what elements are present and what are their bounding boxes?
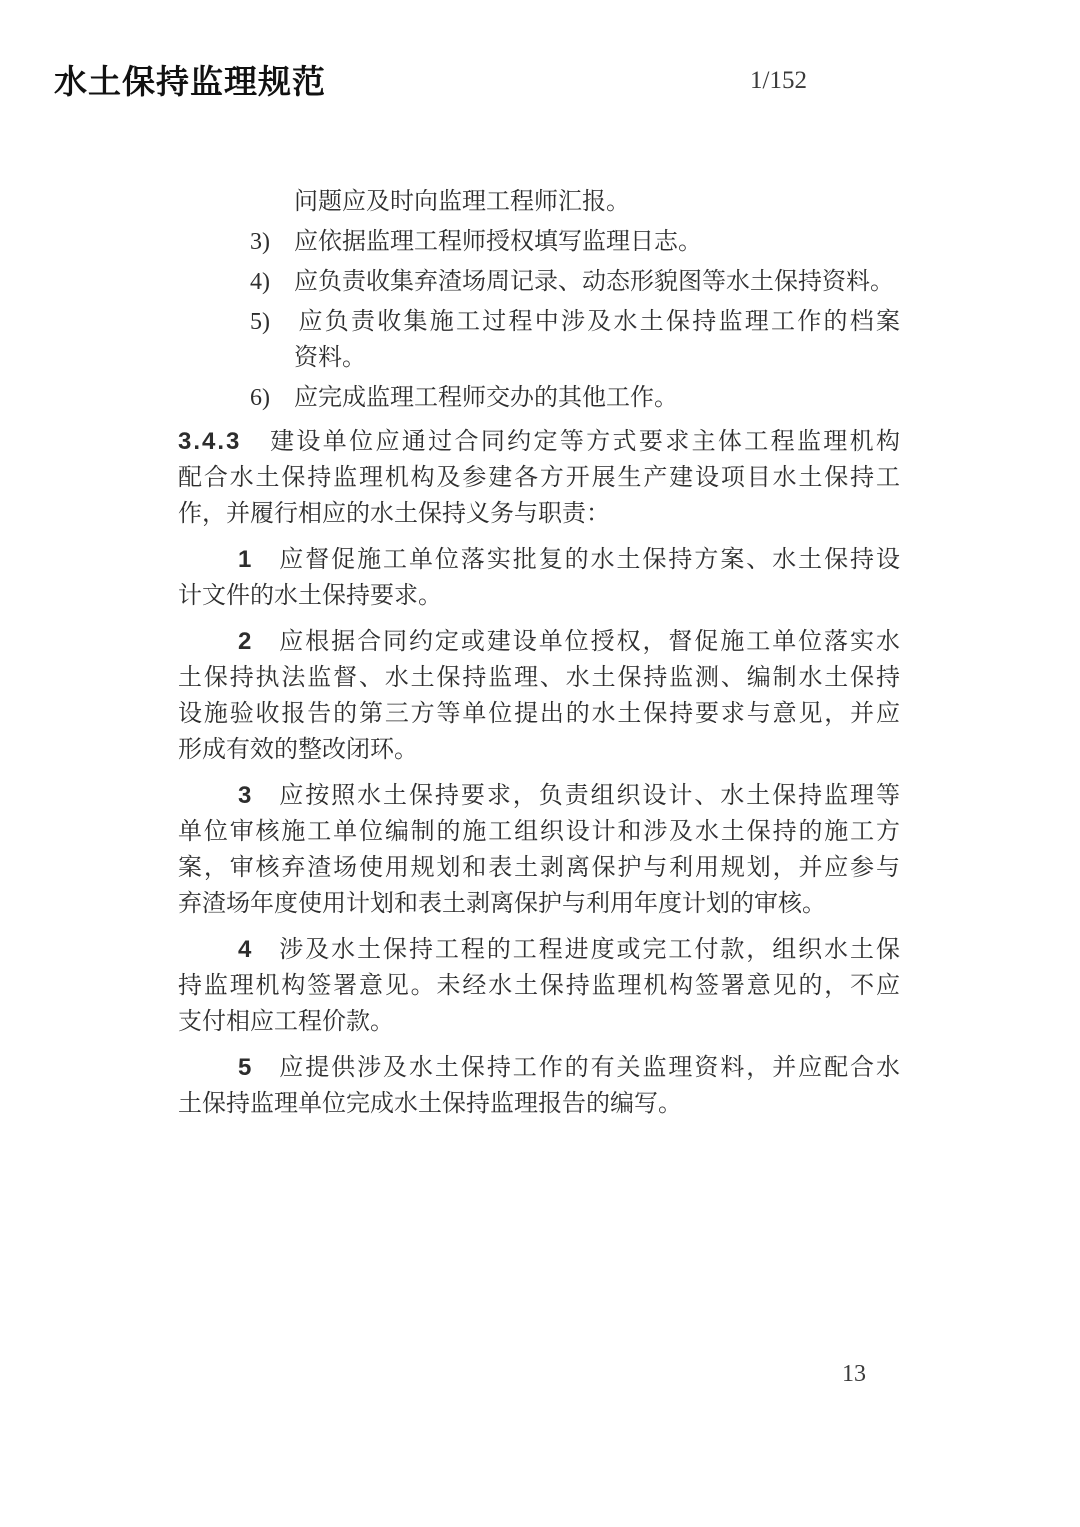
- numbered-item-2: 2 应根据合同约定或建设单位授权，督促施工单位落实水 土保持执法监督、水土保持监…: [178, 624, 900, 768]
- sub-item-3: 3) 应依据监理工程师授权填写监理日志。: [178, 224, 900, 260]
- text-line: 3.4.3 建设单位应通过合同约定等方式要求主体工程监理机构: [178, 424, 900, 460]
- text-line: 6) 应完成监理工程师交办的其他工作。: [178, 380, 900, 416]
- clause-text: 建设单位应通过合同约定等方式要求主体工程监理机构: [241, 429, 900, 455]
- clause-number: 3.4.3: [178, 428, 241, 455]
- text-line: 支付相应工程价款。: [178, 1004, 900, 1040]
- page-indicator: 1/152: [750, 66, 807, 96]
- text-line: 4) 应负责收集弃渣场周记录、动态形貌图等水土保持资料。: [178, 264, 900, 300]
- sub-item-4: 4) 应负责收集弃渣场周记录、动态形貌图等水土保持资料。: [178, 264, 900, 300]
- document-title: 水土保持监理规范: [54, 62, 326, 102]
- item-text: 涉及水土保持工程的工程进度或完工付款，组织水土保: [251, 937, 900, 963]
- clause-3-4-3: 3.4.3 建设单位应通过合同约定等方式要求主体工程监理机构 配合水土保持监理机…: [178, 424, 900, 532]
- item-marker: 5): [250, 309, 270, 335]
- page-number: 13: [842, 1360, 866, 1388]
- item-text: 应提供涉及水土保持工作的有关监理资料，并应配合水: [251, 1055, 900, 1081]
- numbered-item-1: 1 应督促施工单位落实批复的水土保持方案、水土保持设 计文件的水土保持要求。: [178, 542, 900, 614]
- text-line: 作，并履行相应的水土保持义务与职责：: [178, 496, 900, 532]
- item-text: 应根据合同约定或建设单位授权，督促施工单位落实水: [251, 629, 900, 655]
- doc-page: 水土保持监理规范 1/152 问题应及时向监理工程师汇报。 3) 应依据监理工程…: [0, 0, 1080, 1527]
- numbered-item-3: 3 应按照水土保持要求，负责组织设计、水土保持监理等 单位审核施工单位编制的施工…: [178, 778, 900, 922]
- text-line: 3 应按照水土保持要求，负责组织设计、水土保持监理等: [178, 778, 900, 814]
- text-line: 弃渣场年度使用计划和表土剥离保护与利用年度计划的审核。: [178, 886, 900, 922]
- numbered-item-5: 5 应提供涉及水土保持工作的有关监理资料，并应配合水 土保持监理单位完成水土保持…: [178, 1050, 900, 1122]
- text-line: 土保持监理单位完成水土保持监理报告的编写。: [178, 1086, 900, 1122]
- item-text: 应督促施工单位落实批复的水土保持方案、水土保持设: [251, 547, 900, 573]
- text-line: 问题应及时向监理工程师汇报。: [178, 184, 900, 220]
- text-line: 案，审核弃渣场使用规划和表土剥离保护与利用规划，并应参与: [178, 850, 900, 886]
- text-line: 配合水土保持监理机构及参建各方开展生产建设项目水土保持工: [178, 460, 900, 496]
- text-line: 单位审核施工单位编制的施工组织设计和涉及水土保持的施工方: [178, 814, 900, 850]
- text-line: 土保持执法监督、水土保持监理、水土保持监测、编制水土保持: [178, 660, 900, 696]
- paragraph-continuation: 问题应及时向监理工程师汇报。: [178, 184, 900, 220]
- text-line: 5) 应负责收集施工过程中涉及水土保持监理工作的档案: [178, 304, 900, 340]
- text-line: 持监理机构签署意见。未经水土保持监理机构签署意见的，不应: [178, 968, 900, 1004]
- item-marker: 6): [250, 385, 270, 411]
- item-number: 4: [238, 936, 251, 963]
- text-line: 计文件的水土保持要求。: [178, 578, 900, 614]
- text-line: 资料。: [178, 340, 900, 376]
- text-line: 1 应督促施工单位落实批复的水土保持方案、水土保持设: [178, 542, 900, 578]
- text-line: 2 应根据合同约定或建设单位授权，督促施工单位落实水: [178, 624, 900, 660]
- item-text: 应按照水土保持要求，负责组织设计、水土保持监理等: [251, 783, 900, 809]
- item-number: 2: [238, 628, 251, 655]
- item-text: 应依据监理工程师授权填写监理日志。: [270, 229, 702, 255]
- text-line: 3) 应依据监理工程师授权填写监理日志。: [178, 224, 900, 260]
- text-line: 4 涉及水土保持工程的工程进度或完工付款，组织水土保: [178, 932, 900, 968]
- item-text: 应完成监理工程师交办的其他工作。: [270, 385, 678, 411]
- text-line: 5 应提供涉及水土保持工作的有关监理资料，并应配合水: [178, 1050, 900, 1086]
- item-number: 5: [238, 1054, 251, 1081]
- item-marker: 4): [250, 269, 270, 295]
- document-body: 问题应及时向监理工程师汇报。 3) 应依据监理工程师授权填写监理日志。 4) 应…: [178, 184, 900, 1122]
- item-text: 应负责收集弃渣场周记录、动态形貌图等水土保持资料。: [270, 269, 894, 295]
- item-number: 3: [238, 782, 251, 809]
- text-line: 形成有效的整改闭环。: [178, 732, 900, 768]
- item-text: 应负责收集施工过程中涉及水土保持监理工作的档案: [270, 309, 900, 335]
- sub-item-6: 6) 应完成监理工程师交办的其他工作。: [178, 380, 900, 416]
- sub-item-5: 5) 应负责收集施工过程中涉及水土保持监理工作的档案 资料。: [178, 304, 900, 376]
- item-marker: 3): [250, 229, 270, 255]
- numbered-item-4: 4 涉及水土保持工程的工程进度或完工付款，组织水土保 持监理机构签署意见。未经水…: [178, 932, 900, 1040]
- text-line: 设施验收报告的第三方等单位提出的水土保持要求与意见，并应: [178, 696, 900, 732]
- item-number: 1: [238, 546, 251, 573]
